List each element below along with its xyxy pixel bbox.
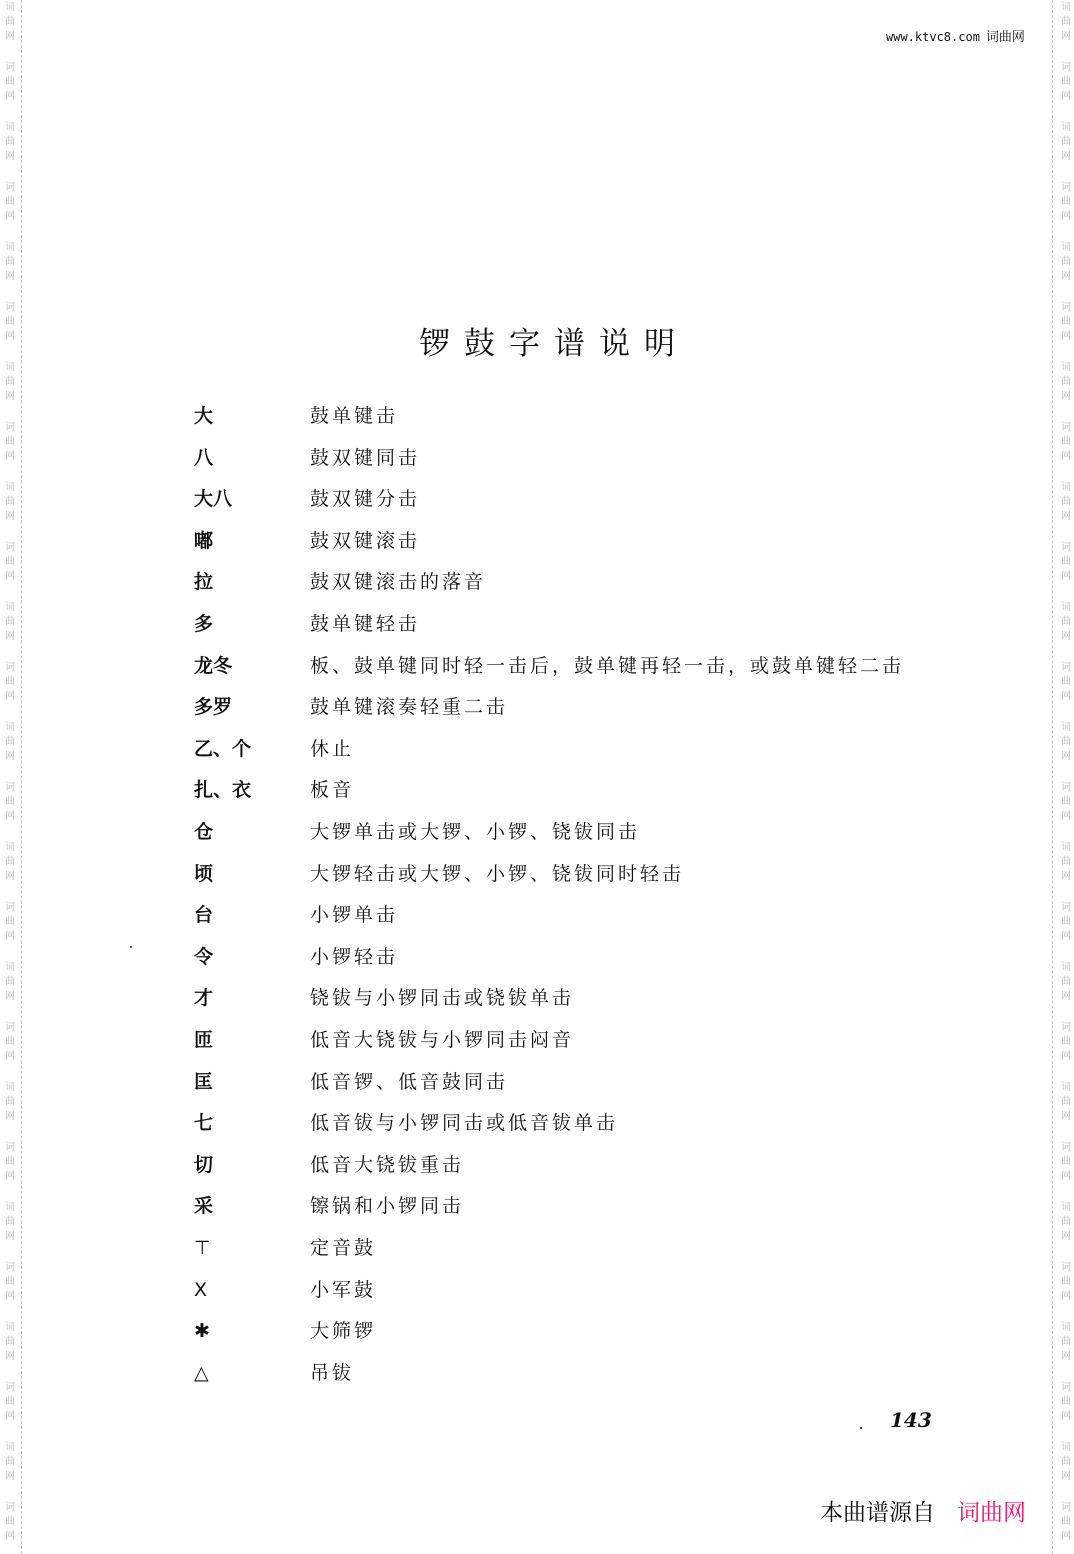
watermark-char: 词 bbox=[1059, 2, 1073, 14]
notation-description: 低音锣、低音鼓同击 bbox=[310, 1067, 508, 1097]
watermark-char: 曲 bbox=[3, 376, 17, 388]
site-name[interactable]: 词曲网 bbox=[986, 30, 1025, 45]
watermark-char: 曲 bbox=[3, 556, 17, 568]
source-footer: 本曲谱源自词曲网 bbox=[820, 1494, 1026, 1527]
notation-symbol: X bbox=[194, 1275, 304, 1305]
watermark-char: 曲 bbox=[3, 736, 17, 748]
watermark-group: 词曲网 bbox=[1056, 1442, 1074, 1502]
left-watermark-strip: 词曲网词曲网词曲网词曲网词曲网词曲网词曲网词曲网词曲网词曲网词曲网词曲网词曲网词… bbox=[0, 0, 20, 1554]
watermark-group: 词曲网 bbox=[0, 1022, 20, 1082]
notation-symbol: 顷 bbox=[194, 859, 304, 889]
watermark-group: 词曲网 bbox=[0, 1082, 20, 1142]
watermark-char: 网 bbox=[1059, 871, 1073, 883]
watermark-group: 词曲网 bbox=[0, 362, 20, 422]
watermark-group: 词曲网 bbox=[1056, 422, 1074, 482]
notation-description: 小军鼓 bbox=[310, 1275, 376, 1305]
watermark-char: 网 bbox=[1059, 271, 1073, 283]
watermark-char: 词 bbox=[1059, 722, 1073, 734]
notation-symbol: △ bbox=[194, 1358, 304, 1388]
notation-description: 鼓单键轻击 bbox=[310, 609, 420, 639]
watermark-char: 词 bbox=[1059, 1082, 1073, 1094]
watermark-char: 曲 bbox=[1059, 256, 1073, 268]
watermark-char: 网 bbox=[3, 151, 17, 163]
watermark-char: 词 bbox=[1059, 422, 1073, 434]
watermark-group: 词曲网 bbox=[0, 1142, 20, 1202]
watermark-char: 词 bbox=[1059, 542, 1073, 554]
watermark-char: 词 bbox=[3, 1382, 17, 1394]
watermark-char: 网 bbox=[1059, 451, 1073, 463]
notation-symbol: 令 bbox=[194, 942, 304, 972]
notation-description: 低音大铙钹与小锣同击闷音 bbox=[310, 1025, 574, 1055]
watermark-char: 词 bbox=[1059, 1322, 1073, 1334]
watermark-char: 曲 bbox=[3, 16, 17, 28]
watermark-char: 词 bbox=[1059, 782, 1073, 794]
watermark-char: 曲 bbox=[1059, 1396, 1073, 1408]
watermark-char: 曲 bbox=[3, 856, 17, 868]
watermark-group: 词曲网 bbox=[0, 62, 20, 122]
watermark-char: 词 bbox=[3, 782, 17, 794]
page-number: 143 bbox=[890, 1408, 932, 1432]
watermark-group: 词曲网 bbox=[1056, 1322, 1074, 1382]
notation-description: 板音 bbox=[310, 775, 354, 805]
watermark-group: 词曲网 bbox=[1056, 542, 1074, 602]
notation-description: 鼓双键滚击 bbox=[310, 526, 420, 556]
watermark-char: 词 bbox=[3, 1502, 17, 1514]
watermark-char: 词 bbox=[3, 2, 17, 14]
watermark-char: 词 bbox=[3, 1202, 17, 1214]
watermark-char: 网 bbox=[3, 1531, 17, 1543]
watermark-char: 曲 bbox=[1059, 616, 1073, 628]
watermark-char: 网 bbox=[1059, 1111, 1073, 1123]
watermark-group: 词曲网 bbox=[0, 662, 20, 722]
watermark-char: 网 bbox=[3, 271, 17, 283]
watermark-char: 曲 bbox=[3, 976, 17, 988]
watermark-char: 曲 bbox=[3, 1036, 17, 1048]
notation-description: 鼓双键分击 bbox=[310, 484, 420, 514]
notation-description: 鼓单键滚奏轻重二击 bbox=[310, 692, 508, 722]
watermark-group: 词曲网 bbox=[0, 542, 20, 602]
watermark-char: 词 bbox=[3, 722, 17, 734]
watermark-group: 词曲网 bbox=[1056, 1142, 1074, 1202]
watermark-char: 网 bbox=[1059, 211, 1073, 223]
watermark-char: 网 bbox=[3, 1111, 17, 1123]
watermark-char: 网 bbox=[3, 211, 17, 223]
watermark-char: 网 bbox=[1059, 691, 1073, 703]
watermark-char: 网 bbox=[1059, 1531, 1073, 1543]
notation-description: 鼓双键同击 bbox=[310, 443, 420, 473]
watermark-char: 词 bbox=[1059, 1442, 1073, 1454]
notation-symbol: 台 bbox=[194, 900, 304, 930]
watermark-char: 网 bbox=[3, 691, 17, 703]
watermark-group: 词曲网 bbox=[1056, 842, 1074, 902]
watermark-char: 词 bbox=[3, 182, 17, 194]
watermark-char: 词 bbox=[1059, 962, 1073, 974]
watermark-char: 曲 bbox=[3, 796, 17, 808]
source-text: 本曲谱源自 bbox=[820, 1500, 935, 1526]
watermark-char: 曲 bbox=[1059, 916, 1073, 928]
watermark-group: 词曲网 bbox=[0, 242, 20, 302]
watermark-char: 曲 bbox=[3, 676, 17, 688]
watermark-char: 曲 bbox=[3, 256, 17, 268]
watermark-char: 网 bbox=[1059, 511, 1073, 523]
notation-symbol: 仓 bbox=[194, 817, 304, 847]
watermark-char: 网 bbox=[1059, 91, 1073, 103]
watermark-char: 曲 bbox=[3, 1456, 17, 1468]
watermark-char: 网 bbox=[3, 1471, 17, 1483]
watermark-char: 词 bbox=[1059, 842, 1073, 854]
watermark-char: 词 bbox=[3, 842, 17, 854]
watermark-char: 网 bbox=[3, 1051, 17, 1063]
notation-symbol: 大 bbox=[194, 401, 304, 431]
watermark-char: 曲 bbox=[1059, 1036, 1073, 1048]
notation-description: 低音钹与小锣同击或低音钹单击 bbox=[310, 1108, 618, 1138]
watermark-char: 词 bbox=[1059, 1262, 1073, 1274]
watermark-char: 曲 bbox=[3, 436, 17, 448]
watermark-char: 网 bbox=[1059, 1051, 1073, 1063]
watermark-group: 词曲网 bbox=[1056, 1022, 1074, 1082]
watermark-char: 词 bbox=[1059, 1502, 1073, 1514]
watermark-char: 网 bbox=[3, 1351, 17, 1363]
watermark-group: 词曲网 bbox=[0, 782, 20, 842]
watermark-char: 词 bbox=[3, 902, 17, 914]
watermark-char: 词 bbox=[3, 1322, 17, 1334]
watermark-group: 词曲网 bbox=[0, 482, 20, 542]
watermark-group: 词曲网 bbox=[1056, 1202, 1074, 1262]
notation-description: 小锣轻击 bbox=[310, 942, 398, 972]
watermark-char: 网 bbox=[1059, 811, 1073, 823]
watermark-char: 曲 bbox=[1059, 556, 1073, 568]
watermark-group: 词曲网 bbox=[1056, 1502, 1074, 1554]
watermark-char: 曲 bbox=[1059, 1336, 1073, 1348]
watermark-char: 曲 bbox=[3, 1216, 17, 1228]
watermark-char: 词 bbox=[3, 602, 17, 614]
watermark-char: 网 bbox=[3, 451, 17, 463]
watermark-char: 网 bbox=[3, 1231, 17, 1243]
watermark-char: 网 bbox=[3, 91, 17, 103]
watermark-char: 曲 bbox=[3, 616, 17, 628]
notation-description: 大筛锣 bbox=[310, 1316, 376, 1346]
scan-speck bbox=[130, 946, 132, 948]
watermark-char: 网 bbox=[3, 31, 17, 43]
watermark-char: 曲 bbox=[1059, 1096, 1073, 1108]
watermark-char: 网 bbox=[1059, 571, 1073, 583]
watermark-char: 词 bbox=[3, 482, 17, 494]
left-margin-dashed-line bbox=[21, 0, 22, 1554]
watermark-char: 网 bbox=[3, 871, 17, 883]
notation-symbol: 乙、个 bbox=[194, 734, 304, 764]
notation-description: 鼓双键滚击的落音 bbox=[310, 567, 486, 597]
watermark-group: 词曲网 bbox=[1056, 362, 1074, 422]
watermark-char: 词 bbox=[3, 362, 17, 374]
watermark-group: 词曲网 bbox=[0, 602, 20, 662]
page-title: 锣鼓字谱说明 bbox=[0, 318, 1074, 363]
watermark-group: 词曲网 bbox=[1056, 242, 1074, 302]
watermark-char: 曲 bbox=[3, 1396, 17, 1408]
notation-symbol: 采 bbox=[194, 1191, 304, 1221]
watermark-char: 词 bbox=[1059, 242, 1073, 254]
notation-symbol: 拉 bbox=[194, 567, 304, 597]
notation-symbol: ✱ bbox=[194, 1316, 304, 1346]
watermark-char: 曲 bbox=[1059, 796, 1073, 808]
watermark-char: 网 bbox=[3, 1171, 17, 1183]
watermark-char: 网 bbox=[1059, 391, 1073, 403]
notation-description: 鼓单键击 bbox=[310, 401, 398, 431]
watermark-char: 网 bbox=[1059, 1351, 1073, 1363]
notation-description: 镲锅和小锣同击 bbox=[310, 1191, 464, 1221]
watermark-char: 词 bbox=[3, 662, 17, 674]
watermark-char: 曲 bbox=[1059, 1156, 1073, 1168]
watermark-char: 网 bbox=[1059, 1411, 1073, 1423]
watermark-char: 词 bbox=[3, 422, 17, 434]
watermark-char: 词 bbox=[1059, 62, 1073, 74]
notation-description: 大锣轻击或大锣、小锣、铙钹同时轻击 bbox=[310, 859, 684, 889]
watermark-char: 网 bbox=[3, 571, 17, 583]
notation-symbol: 八 bbox=[194, 443, 304, 473]
watermark-char: 曲 bbox=[1059, 1276, 1073, 1288]
source-brand-link[interactable]: 词曲网 bbox=[957, 1500, 1026, 1526]
watermark-group: 词曲网 bbox=[1056, 1082, 1074, 1142]
watermark-group: 词曲网 bbox=[1056, 662, 1074, 722]
notation-symbol: ⊤ bbox=[194, 1233, 304, 1263]
watermark-char: 词 bbox=[1059, 1142, 1073, 1154]
watermark-group: 词曲网 bbox=[0, 722, 20, 782]
watermark-char: 曲 bbox=[1059, 496, 1073, 508]
notation-symbol: 切 bbox=[194, 1150, 304, 1180]
watermark-char: 曲 bbox=[1059, 136, 1073, 148]
watermark-group: 词曲网 bbox=[1056, 962, 1074, 1022]
notation-description: 休止 bbox=[310, 734, 354, 764]
notation-symbol: 嘟 bbox=[194, 526, 304, 556]
watermark-char: 词 bbox=[1059, 302, 1073, 314]
site-url[interactable]: www.ktvc8.com bbox=[886, 30, 980, 44]
watermark-char: 曲 bbox=[1059, 976, 1073, 988]
watermark-char: 词 bbox=[3, 1082, 17, 1094]
watermark-char: 曲 bbox=[3, 1276, 17, 1288]
watermark-char: 曲 bbox=[3, 136, 17, 148]
notation-symbol: 匡 bbox=[194, 1067, 304, 1097]
watermark-group: 词曲网 bbox=[0, 842, 20, 902]
watermark-char: 词 bbox=[3, 962, 17, 974]
watermark-group: 词曲网 bbox=[0, 1202, 20, 1262]
watermark-group: 词曲网 bbox=[1056, 782, 1074, 842]
watermark-char: 词 bbox=[1059, 902, 1073, 914]
notation-symbol: 龙冬 bbox=[194, 651, 304, 681]
watermark-char: 词 bbox=[1059, 122, 1073, 134]
watermark-char: 网 bbox=[1059, 1231, 1073, 1243]
watermark-char: 词 bbox=[3, 542, 17, 554]
watermark-char: 词 bbox=[1059, 602, 1073, 614]
watermark-char: 网 bbox=[1059, 1471, 1073, 1483]
watermark-char: 词 bbox=[3, 1442, 17, 1454]
watermark-char: 词 bbox=[3, 302, 17, 314]
notation-description: 吊钹 bbox=[310, 1358, 354, 1388]
watermark-char: 网 bbox=[1059, 1291, 1073, 1303]
watermark-char: 网 bbox=[1059, 1171, 1073, 1183]
watermark-char: 网 bbox=[3, 1411, 17, 1423]
watermark-char: 曲 bbox=[3, 1336, 17, 1348]
watermark-char: 曲 bbox=[3, 916, 17, 928]
watermark-char: 曲 bbox=[1059, 376, 1073, 388]
watermark-group: 词曲网 bbox=[1056, 602, 1074, 662]
watermark-char: 网 bbox=[3, 751, 17, 763]
notation-description: 定音鼓 bbox=[310, 1233, 376, 1263]
watermark-char: 词 bbox=[1059, 1022, 1073, 1034]
watermark-char: 曲 bbox=[1059, 1516, 1073, 1528]
watermark-char: 曲 bbox=[1059, 196, 1073, 208]
watermark-char: 网 bbox=[3, 991, 17, 1003]
watermark-char: 网 bbox=[1059, 31, 1073, 43]
right-watermark-strip: 词曲网词曲网词曲网词曲网词曲网词曲网词曲网词曲网词曲网词曲网词曲网词曲网词曲网词… bbox=[1056, 0, 1074, 1554]
watermark-char: 曲 bbox=[3, 496, 17, 508]
watermark-char: 曲 bbox=[1059, 76, 1073, 88]
watermark-char: 词 bbox=[1059, 182, 1073, 194]
watermark-group: 词曲网 bbox=[1056, 482, 1074, 542]
watermark-group: 词曲网 bbox=[0, 422, 20, 482]
watermark-char: 曲 bbox=[1059, 436, 1073, 448]
watermark-group: 词曲网 bbox=[1056, 2, 1074, 62]
notation-description: 大锣单击或大锣、小锣、铙钹同击 bbox=[310, 817, 640, 847]
watermark-char: 曲 bbox=[1059, 1216, 1073, 1228]
notation-symbol: 多罗 bbox=[194, 692, 304, 722]
watermark-char: 曲 bbox=[1059, 736, 1073, 748]
watermark-char: 词 bbox=[3, 1022, 17, 1034]
watermark-group: 词曲网 bbox=[0, 182, 20, 242]
watermark-group: 词曲网 bbox=[1056, 122, 1074, 182]
watermark-char: 曲 bbox=[1059, 16, 1073, 28]
notation-description: 小锣单击 bbox=[310, 900, 398, 930]
watermark-group: 词曲网 bbox=[1056, 62, 1074, 122]
watermark-char: 词 bbox=[1059, 1382, 1073, 1394]
watermark-char: 曲 bbox=[3, 196, 17, 208]
watermark-group: 词曲网 bbox=[0, 1322, 20, 1382]
watermark-char: 词 bbox=[3, 242, 17, 254]
watermark-group: 词曲网 bbox=[1056, 722, 1074, 782]
watermark-char: 网 bbox=[3, 631, 17, 643]
scan-speck bbox=[860, 1427, 862, 1429]
watermark-char: 曲 bbox=[3, 1156, 17, 1168]
watermark-group: 词曲网 bbox=[1056, 1262, 1074, 1322]
watermark-char: 曲 bbox=[1059, 1456, 1073, 1468]
watermark-char: 词 bbox=[1059, 482, 1073, 494]
watermark-char: 曲 bbox=[3, 1516, 17, 1528]
notation-description: 低音大铙钹重击 bbox=[310, 1150, 464, 1180]
watermark-char: 曲 bbox=[1059, 856, 1073, 868]
watermark-group: 词曲网 bbox=[0, 122, 20, 182]
watermark-char: 网 bbox=[1059, 931, 1073, 943]
watermark-group: 词曲网 bbox=[0, 962, 20, 1022]
watermark-char: 曲 bbox=[3, 76, 17, 88]
notation-symbol: 大八 bbox=[194, 484, 304, 514]
right-margin-dashed-line bbox=[1052, 0, 1053, 1554]
notation-symbol: 扎、衣 bbox=[194, 775, 304, 805]
watermark-char: 词 bbox=[3, 1142, 17, 1154]
site-header-link[interactable]: www.ktvc8.com词曲网 bbox=[886, 26, 1025, 45]
watermark-group: 词曲网 bbox=[1056, 1382, 1074, 1442]
watermark-char: 网 bbox=[3, 1291, 17, 1303]
watermark-char: 网 bbox=[3, 511, 17, 523]
watermark-char: 网 bbox=[3, 811, 17, 823]
watermark-group: 词曲网 bbox=[1056, 182, 1074, 242]
watermark-char: 曲 bbox=[1059, 676, 1073, 688]
notation-symbol: 匝 bbox=[194, 1025, 304, 1055]
watermark-group: 词曲网 bbox=[0, 1442, 20, 1502]
watermark-group: 词曲网 bbox=[0, 2, 20, 62]
notation-description: 铙钹与小锣同击或铙钹单击 bbox=[310, 983, 574, 1013]
watermark-char: 词 bbox=[3, 62, 17, 74]
notation-symbol: 才 bbox=[194, 983, 304, 1013]
watermark-char: 词 bbox=[3, 1262, 17, 1274]
watermark-char: 网 bbox=[3, 931, 17, 943]
watermark-char: 网 bbox=[1059, 631, 1073, 643]
watermark-char: 词 bbox=[1059, 1202, 1073, 1214]
watermark-group: 词曲网 bbox=[1056, 902, 1074, 962]
notation-symbol: 七 bbox=[194, 1108, 304, 1138]
watermark-char: 网 bbox=[1059, 991, 1073, 1003]
watermark-group: 词曲网 bbox=[0, 1502, 20, 1554]
watermark-char: 词 bbox=[1059, 362, 1073, 374]
notation-symbol: 多 bbox=[194, 609, 304, 639]
watermark-char: 词 bbox=[1059, 662, 1073, 674]
watermark-group: 词曲网 bbox=[0, 902, 20, 962]
watermark-char: 曲 bbox=[3, 1096, 17, 1108]
watermark-char: 网 bbox=[1059, 151, 1073, 163]
watermark-group: 词曲网 bbox=[0, 1382, 20, 1442]
watermark-char: 网 bbox=[1059, 751, 1073, 763]
watermark-char: 网 bbox=[3, 391, 17, 403]
notation-description: 板、鼓单键同时轻一击后，鼓单键再轻一击，或鼓单键轻二击 bbox=[310, 651, 904, 681]
watermark-char: 词 bbox=[3, 122, 17, 134]
watermark-group: 词曲网 bbox=[0, 1262, 20, 1322]
